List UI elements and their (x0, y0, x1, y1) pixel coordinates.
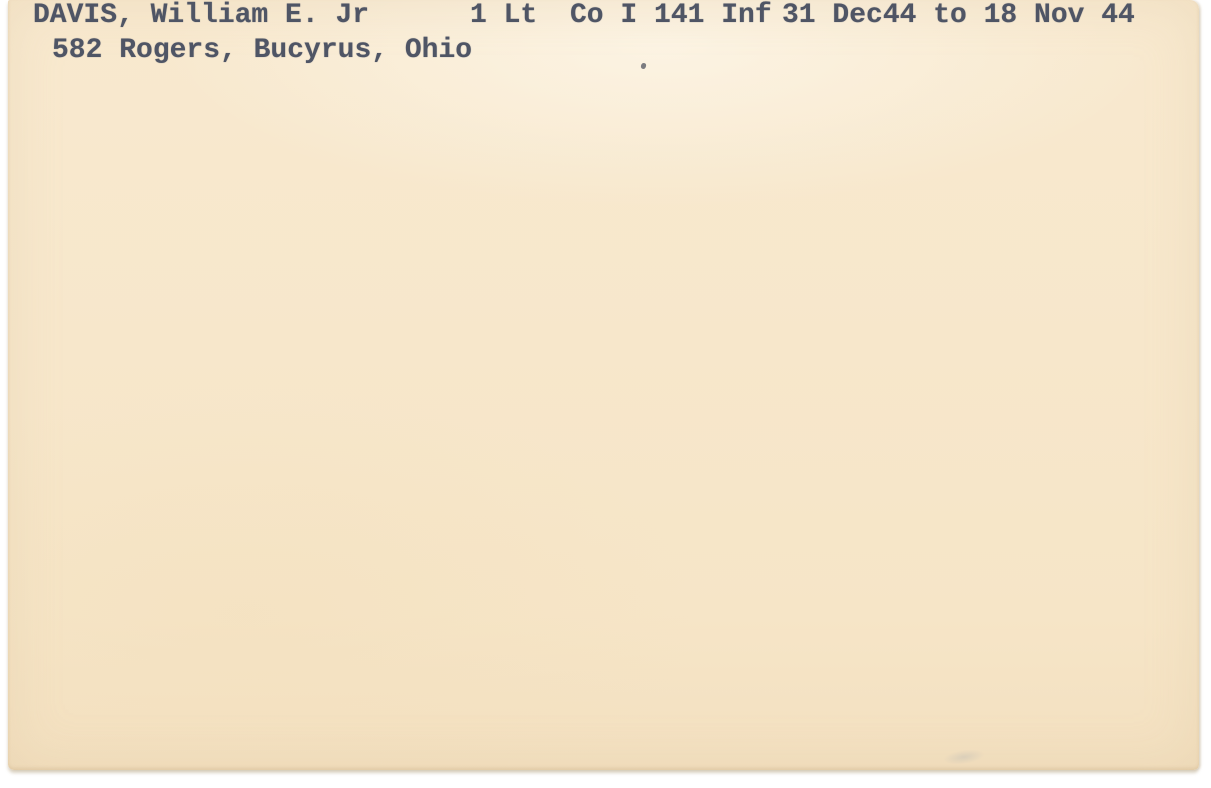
smudge-mark (942, 747, 986, 767)
index-card: DAVIS, William E. Jr 1 Lt Co I 141 Inf 3… (8, 0, 1199, 770)
service-dates: 31 Dec44 to 18 Nov 44 (782, 1, 1135, 31)
scan-background: DAVIS, William E. Jr 1 Lt Co I 141 Inf 3… (0, 0, 1211, 788)
soldier-unit: Co I 141 Inf (570, 1, 772, 31)
soldier-address: 582 Rogers, Bucyrus, Ohio (52, 36, 472, 66)
soldier-name: DAVIS, William E. Jr (33, 1, 369, 31)
ink-speck (640, 63, 646, 70)
soldier-rank: 1 Lt (470, 1, 537, 31)
